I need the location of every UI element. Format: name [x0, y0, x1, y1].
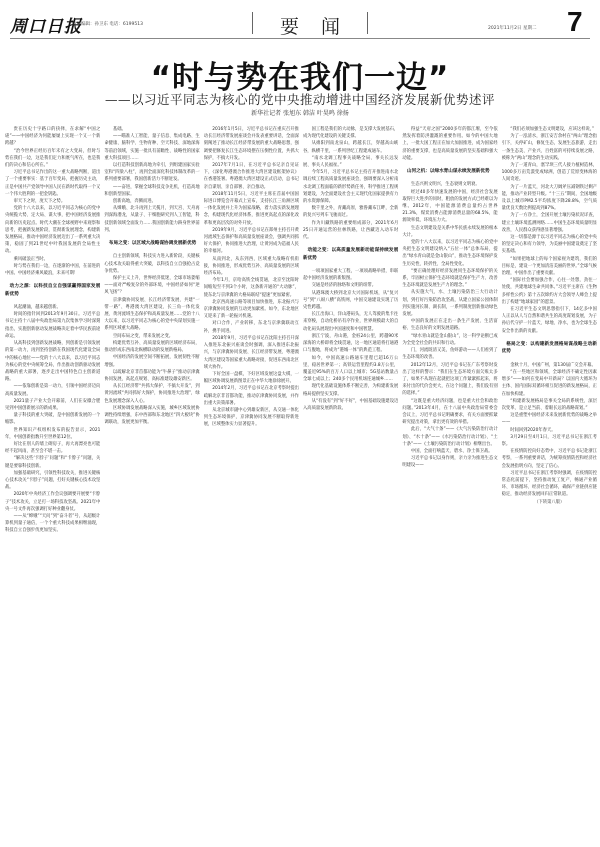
paragraph: 2014年2月，习近平总书记在北京考察时提出疏解北京非首都功能，推动京津冀协同发…	[204, 385, 299, 407]
section-label: 要闻	[250, 8, 370, 38]
paragraph: 3月29日至4月1日，习近平总书记在浙江考察。	[502, 434, 597, 448]
paragraph: 2016年1月5日，习近平总书记在重庆召开推动长江经济带发展座谈会并发表重要讲话…	[204, 126, 299, 162]
section-divider-right	[367, 12, 368, 34]
masthead: 周口日报 值班编辑：孙卫东 电话：6199513 要闻 2021年11月2日 星…	[10, 6, 590, 42]
paragraph: 交通是经济的脉络和文明的纽带。	[303, 282, 398, 289]
paragraph: 今年5月，习近平总书记主持召开推进南水北调后续工程高质量发展座谈会，强调要深入分…	[303, 169, 398, 205]
text-column: 基础。——瞄准人工智能、量子信息、集成电路、生命健康、脑科学、生物育种、空天科技…	[104, 126, 199, 844]
paragraph: 如今，中国高速公路通车里程已超16万公里，稳居世界第一；高铁运营里程约3.8万公…	[303, 355, 398, 384]
paragraph: 京津冀协同发展、长江经济带发展、共建“一带一路”、粤港澳大湾区建设、长三角一体化…	[104, 297, 199, 333]
paragraph: 以疏解北京非首都功能为“牛鼻子”推动京津冀协同发展，高起点规划、高标准建设雄安新…	[104, 369, 199, 383]
paragraph: 时间的指针回到2013年9月30日。习近平总书记主持十八届中央政治局第九次集体学…	[5, 311, 100, 340]
paragraph: 从南到北，从东到西，区域重大战略有机衔接，协同推进，形成优势互补、高质量发展的区…	[204, 256, 299, 278]
paragraph: 对口合作，产业转移，东北与京津冀联动互补，携手同进。	[204, 320, 299, 334]
paragraph: 此后，“大气十条”——《大气污染防治行动计划》、“水十条”——《水污染防治行动计…	[402, 426, 497, 448]
paragraph: 时间回到2020年春天。	[502, 427, 597, 434]
paragraph: “国际社会要加强合作，心往一处想，劲往一处使，共建地球生命共同体。”习近平主席在…	[502, 277, 597, 306]
paragraph: 中国，全面打响蓝天、碧水、净土保卫战。	[402, 448, 497, 455]
paragraph: 北京西高速公路等项目加快推进，东北振兴与京津冀协同发展的互动更加紧密。如今，东北…	[204, 299, 299, 321]
paragraph: 从港珠澳大桥到北京大兴国际机场，从“复兴号”到“八纵八横”高铁网，中国交通建设实…	[303, 290, 398, 312]
paragraph: 现代化基础设施体系不断完善，为构建新发展格局提供坚实支撑。	[303, 383, 398, 397]
paragraph: “南水北调工程事关战略全局、事关长远发展、事关人民福祉。”	[303, 155, 398, 169]
paragraph: “在一些地区和领域，全球经济不确定性因素增多”——如何在变局中开新局？以国内大循…	[502, 369, 597, 398]
paragraph: 作为川藏铁路的重要组成部分，2021年6月25日开通运营的拉林铁路，让西藏迈入动…	[303, 220, 398, 242]
paragraph: “我们必须加强生态文明建设，应该这样说，”	[502, 126, 597, 133]
paragraph: 今年1月，京哈高铁全线贯通，北京至沈阳时间缩短至不到3个小时，这条新开通的“大动…	[204, 277, 299, 299]
paragraph: 国工程是我们的大动脉，是支撑大发展基石，成为现代化建设的关键支撑。	[303, 126, 398, 140]
paragraph: “治今世界正经历百年未有之大变局，但时与势在我们一边，这是我们定力和底气所在，也…	[5, 148, 100, 170]
section-subhead: 动能之变：以高质量发展新动能谋持续发展新优势	[303, 247, 398, 262]
paragraph: 2021量子产业大会开幕前，人们在安徽合肥见到中国创新展示的新成果。	[5, 398, 100, 412]
paragraph: 得益“天府之国”2000多年的都江堰，至今依然发挥着防洪灌溉的重要作用。如今的中…	[402, 126, 497, 162]
article-byline: 新华社记者 张旭东 韩洁 叶昊鸣 徐扬	[0, 108, 600, 117]
text-column: 贵在历史十字路口的抉择，在求解“中国之谜”——中国经济为何能屡屡上实现一个又一个…	[5, 126, 100, 844]
paragraph: 为了一道青山，塞罕坝三代人接力植树造林，1000多万亩荒漠变成绿洲，创造了荒原变…	[502, 162, 597, 184]
paragraph: 党的十八大以来，以习近平同志为核心的党中央把生态文明建设纳入“五位一体”总体布局…	[402, 239, 497, 268]
page-number: 7	[567, 6, 583, 38]
paragraph: 习近平总书记在浙江考察时强调，在疫情防控常态化前提下，坚持推动复工复产，畅通产业…	[502, 470, 597, 499]
paragraph: 创新高地，奔腾而进。	[104, 198, 199, 205]
paragraph: ——奋进，掌握全球科技竞争先机，打造高地和创新型国家。	[104, 184, 199, 198]
paragraph: 党的十八大以来，以习近平同志为核心的党中央统揽大势、定大局、谋大事，把中国经济发…	[5, 205, 100, 255]
paragraph: 习近平总书记以身作则，亲力亲为推进生态文明建设——	[402, 455, 497, 469]
paragraph: 时与势在我们一边，在逐渐的中国，在前进的中国。中国经济乘风破浪，未来可期！	[5, 263, 100, 277]
text-column: 得益“天府之国”2000多年的都江堰，至今依然发挥着防洪灌溉的重要作用。如今的中…	[402, 126, 497, 844]
paragraph: 在疫情防控向好态势中，习近平总书记赴浙江考察，一系列重要讲话，为统筹疫情防控和经…	[502, 448, 597, 470]
masthead-rule	[10, 38, 590, 39]
paragraph: 空间布局之变，带来发展之变。	[104, 333, 199, 340]
paragraph: 以打造科技创新高地为牵引，到组建国家实验室和“四梁八柱”，再到全面深化科技体制改…	[104, 162, 199, 184]
paragraph: 从长江经济带“共抓大保护、不搞大开发”，到黄河流域“共同抓好大保护，协同推进大治…	[104, 383, 199, 405]
paragraph: 为了一方净土，全国开展土壤污染状况详查，建立土壤环境监测网络……中国生态环境质量…	[502, 212, 597, 234]
paragraph: 2018年11月5日，习近平主席在首届中国国际进口博览会开幕式上宣布，支持长江三…	[204, 191, 299, 227]
paragraph: 在习近平生态文明思想指引下，14亿多中国人正以从人与自然和谐共生的高度谋划发展，…	[502, 306, 597, 335]
paragraph: 审天下之时，度天下之势。	[5, 198, 100, 205]
paragraph: 从嫦娥、北斗再到上天揽月，到天宫、天舟再到深海潜龙，从量子、干细胞研究到人工智能…	[104, 205, 199, 234]
paragraph: 量子科技的重大突破，是中国创新发展的一个缩影。	[5, 412, 100, 426]
paragraph: 2012年12月，习近平总书记在广东考察时发出了这样的警示：“我们在生态环境方面…	[402, 362, 497, 398]
paragraph: 中国经济的发展空间不断拓展，发展韧性不断增强。	[104, 354, 199, 368]
paragraph: “绿水青山就是金山银山”，这一科学论断已成为全党全社会的共识和行动。	[402, 333, 497, 347]
paragraph: 贵在历史十字路口的抉择，在求解“中国之谜”——中国经济为何能屡屡上实现一个又一个…	[5, 126, 100, 148]
paragraph: 从绵阳到南龙泉山，跨越长江，穿越高山峡谷，纵横千里，一系列世纪工程建成通车。	[303, 140, 398, 154]
paragraph: 世界知识产权组织发布的报告显示，2021年，中国创新指数升至世界第12位。	[5, 427, 100, 441]
issue-date: 2021年11月2日 星期二	[488, 25, 536, 31]
paragraph: 乘风破浪正当时。	[5, 256, 100, 263]
paragraph: 为了一片蓝天，河北大刀阔斧压减钢铁过剩产能，推动产业转型升级。“十三五”期间，全…	[502, 184, 597, 213]
paragraph: ——依靠创新是第一动力，引领中国经济迈向高质量发展。	[5, 383, 100, 397]
article-subtitle: ——以习近平同志为核心的党中央推动增进中国经济发展新优势述评	[0, 90, 600, 108]
paragraph: ——瞄准人工智能、量子信息、集成电路、生命健康、脑科学、生物育种、空天科技、深地…	[104, 133, 199, 162]
text-column: 国工程是我们的大动脉，是支撑大发展基石，成为现代化建设的关键支撑。从绵阳到南龙泉…	[303, 126, 398, 844]
paragraph: 中国的发展正在走出一条生产发展、生活富裕、生态良好的文明发展道路。	[402, 318, 497, 332]
section-subhead: 格局之变：以构建新发展格局谋战略主动新优势	[502, 341, 597, 356]
paragraph: 构建优势互补、高质量发展的区域经济布局，推动形成东西南北纵横联动的发展新格局。	[104, 340, 199, 354]
paragraph: 数千里之外，青藏高原，雅鲁藏布江畔，全新的复兴号列车飞驰而过。	[303, 205, 398, 219]
paragraph: 从“有没有”到“好不好”，中国基础设施建设迈入高质量发展新阶段。	[303, 398, 398, 412]
paragraph: 一项项国家重大工程，一项项战略举措，串联起中国经济发展的新版图。	[303, 268, 398, 282]
paragraph: 从北京城市副中心到雄安新区，从交通一体化到生态环境保护，京津冀协同发展不断取得新…	[204, 407, 299, 429]
paragraph: 生态文明建设是关系中华民族永续发展的根本大计。	[402, 225, 497, 239]
paragraph: 习近平总书记作出的这一重大战略判断，道出了一个重要事实：基于百年变局，把握历史主…	[5, 169, 100, 198]
paragraph: 浙江宁波，舟山港，金桩24公里，跨越90米深海的大桥即将全线贯通，这一地区通道将…	[303, 333, 398, 355]
paragraph: 为了一泓清水，浙江安吉余村在“两山”理念指引下，关停矿山，修复生态，发展生态旅游…	[502, 133, 597, 162]
article-body: 贵在历史十字路口的抉择，在求解“中国之谜”——中国经济为何能屡屡上实现一个又一个…	[5, 126, 597, 844]
continued-note: （下转第八版）	[502, 499, 597, 506]
paragraph: 这一切都是源于以习近平同志为核心的党中央的坚定决心和有力领导，为美丽中国建设奠定…	[502, 234, 597, 256]
section-subhead: 山河之机：以绿水青山谋永续发展新优势	[402, 168, 497, 175]
paragraph: ——从“嫦娥”“天问”到“奋斗者”号，从超级计算机到量子通信，一个个重大科技成果…	[5, 513, 100, 535]
paragraph: 好比在别人的墙上砌房子，再大再漂亮也可能经不起风雨，甚至会不堪一击。	[5, 441, 100, 455]
paragraph: 2017年7月1日，在习近平总书记亲自见证下，《深化粤港澳合作推进大湾区建设框架…	[204, 162, 299, 191]
paragraph: “要正确处理好经济发展同生态环境保护的关系，牢固树立保护生态环境就是保护生产力、…	[402, 268, 497, 290]
paragraph: “解决这些‘卡脖子’问题”和“卡脖子”问题，关键是要靠科技创新。	[5, 455, 100, 469]
paragraph: 从高科技到创新发展战略，到创新是引领发展的第一动力，再到坚持创新在我国现代化建设…	[5, 340, 100, 383]
paragraph: 风起潮涌，越来越创新。	[5, 304, 100, 311]
paragraph: 这是重塑中国经济未来发展新优势的战略之举——	[502, 412, 597, 426]
paragraph: “构建新发展格局是事关全局的系统性、深层次变革，是立足当前、着眼长远的战略谋划。…	[502, 398, 597, 412]
text-column: 2016年1月5日，习近平总书记在重庆召开推动长江经济带发展座谈会并发表重要讲话…	[204, 126, 299, 844]
section-subhead: 布局之变：以区域大战略谋协调发展新优势	[104, 240, 199, 247]
paragraph: “这既是重大经济问题，也是重大社会和政治问题。”2013年4月，在十八届中央政治…	[402, 398, 497, 427]
paragraph: 门，河流既清又美，鱼虾游动——人们看到了生态环境的改善。	[402, 347, 497, 361]
paragraph: 保护主义上升，世界经济低迷，全球市场萎缩——面对严峻复杂的外部环境，中国经济如何…	[104, 275, 199, 297]
paragraph: 从实施大气、水、土壤污染防治三大行动计划，到打好污染防治攻坚战，从建立国家公园体…	[402, 289, 497, 318]
paragraph: 生态兴则文明兴，生态衰则文明衰。	[402, 181, 497, 188]
paragraph: 2020年中央经济工作会议强调要开展要“卡脖子”技术攻关，立足打一场科技攻坚战。…	[5, 491, 100, 513]
paragraph: 基础。	[104, 126, 199, 133]
editor-info: 值班编辑：孙卫东 电话：6199513	[72, 21, 143, 27]
paragraph: “如果把地球上的每个国家视为建筑，我们的目标是，建设一个更加清洁美丽的世界。”全…	[502, 256, 597, 278]
paragraph: 加强基础研究，引领性科技攻关，推进关键核心技术攻关“卡脖子”问题，打好关键核心技…	[5, 470, 100, 492]
section-name: 要闻	[250, 12, 370, 39]
paragraph: 金秋十月，中国广州，第130届广交会开幕。	[502, 362, 597, 369]
paragraph: 自主创新领域，科技实力进入新阶段，关键核心技术攻关取得重大突破，以科技自立自强抢…	[104, 253, 199, 275]
paragraph: 2019年9月，习近平总书记在郑州主持召开黄河流域生态保护和高质量发展座谈会，强…	[204, 227, 299, 256]
text-column: “我们必须加强生态文明建设，应该这样说，”为了一泓清水，浙江安吉余村在“两山”理…	[502, 126, 597, 844]
paragraph: 经过40多年快速发展的中国，经济社会发展取得巨大进步的同时，粗放的发展方式已经难…	[402, 189, 497, 225]
section-subhead: 动力之源：以科技自立自强谋赢得国家发展新优势	[5, 283, 100, 298]
paragraph: 下好全国一盘棋，下好区域发展这盘大棋，一幅区域协调发展新图景正在中华大地徐徐展开…	[204, 371, 299, 385]
paragraph: 区域协调发展战略深入实施，城乡区域发展协调性持续增强，东中西部和东北地区“四大板…	[104, 405, 199, 427]
paragraph: 长江出海口，洋山港码头，无人驾驶的集卡往来穿梭，自动化桥吊有序作业，世界规模最大…	[303, 311, 398, 333]
paragraph: 2018年9月，习近平总书记在沈阳主持召开深入推进东北振兴座谈会时强调，深入推进…	[204, 335, 299, 371]
